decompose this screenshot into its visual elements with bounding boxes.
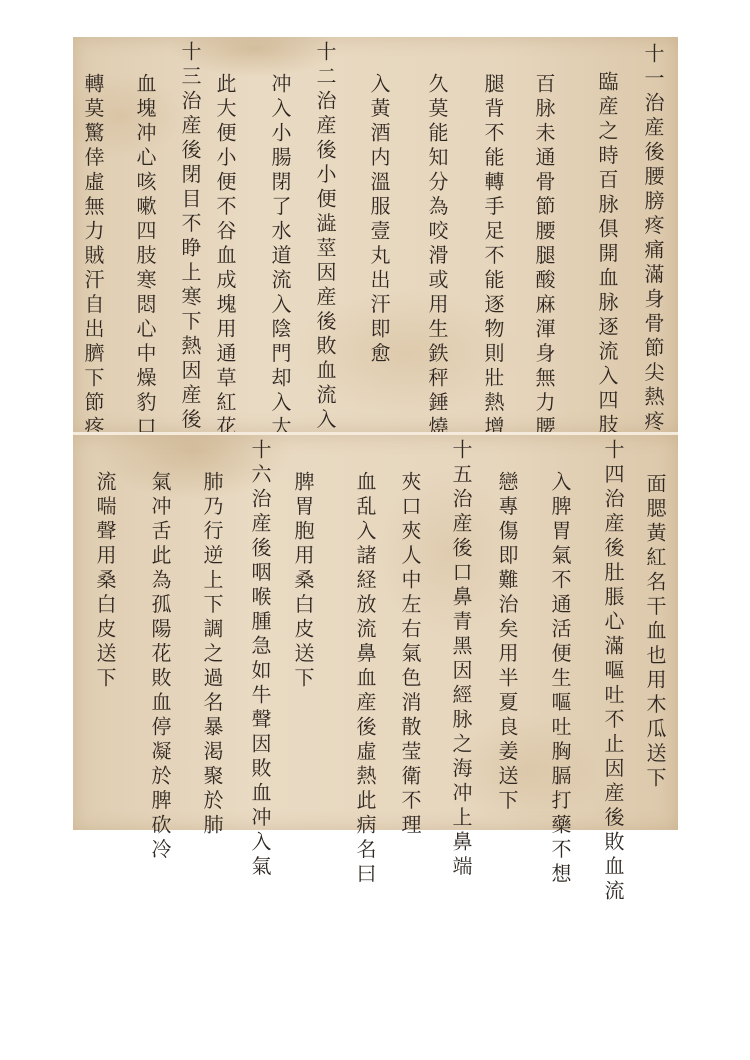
top-page: 十一治産後腰膀疼痛滿身骨節尖熱疼痛因 臨産之時百脉俱開血脉逐流入四肢隨日久 百脉… [73,37,678,432]
text-column: 轉莫驚倖虛無力賊汗自出臍下節疼 [80,73,106,441]
text-column: 入脾胃氣不通活便生嘔吐胸膈打藥不想 [547,471,573,888]
text-column: 久莫能知分為咬滑或用生鉄秤錘燒紅 [424,73,450,465]
text-column: 流喘聲用桑白皮送下 [92,471,118,692]
text-column: 血乱入諸経放流鼻血産後虛熱此病名曰 [352,471,378,888]
text-column: 血塊冲心咳嗽四肢寒悶心中燥豹口干腰 [132,73,158,490]
text-column: 腿背不能轉手足不能逐物則壯熱增 [480,73,506,441]
text-column: 肺乃行逆上下調之過名暴渇聚於肺 [199,471,225,839]
text-column: 入黃酒内溫服壹丸出汗即愈 [366,73,392,367]
bottom-page: 面腮黃紅名干血也用木瓜送下 十四治産後肚脹心滿嘔吐不止因産後敗血流 入脾胃氣不通… [73,435,678,830]
text-column: 戀專傷即難治矣用半夏良姜送下 [494,471,520,814]
text-column: 百脉未通骨節腰腿酸麻渾身無力腰 [531,73,557,441]
text-column: 冲入小腸閉了水道流入陰門却入大腸因 [267,73,293,490]
text-column: 十一治産後腰膀疼痛滿身骨節尖熱疼痛因 [640,43,666,484]
text-column: 十二治産後小便澁莖因産後敗血流入滿横 [312,41,338,482]
text-column: 脾胃胞用桑白皮送下 [290,471,316,692]
text-column: 十四治産後肚脹心滿嘔吐不止因産後敗血流 [600,439,626,905]
text-column: 面腮黃紅名干血也用木瓜送下 [642,473,668,792]
text-column: 夾口夾人中左右氣色消散莹衛不理 [397,471,423,839]
text-column: 氣冲舌此為孤陽花敗血停凝於脾砍冷 [147,471,173,863]
text-column: 十五治産後口鼻青黑因經脉之海冲上鼻端 [448,439,474,880]
text-column: 十六治産後咽喉腫急如牛聲因敗血冲入氣 [247,439,273,880]
